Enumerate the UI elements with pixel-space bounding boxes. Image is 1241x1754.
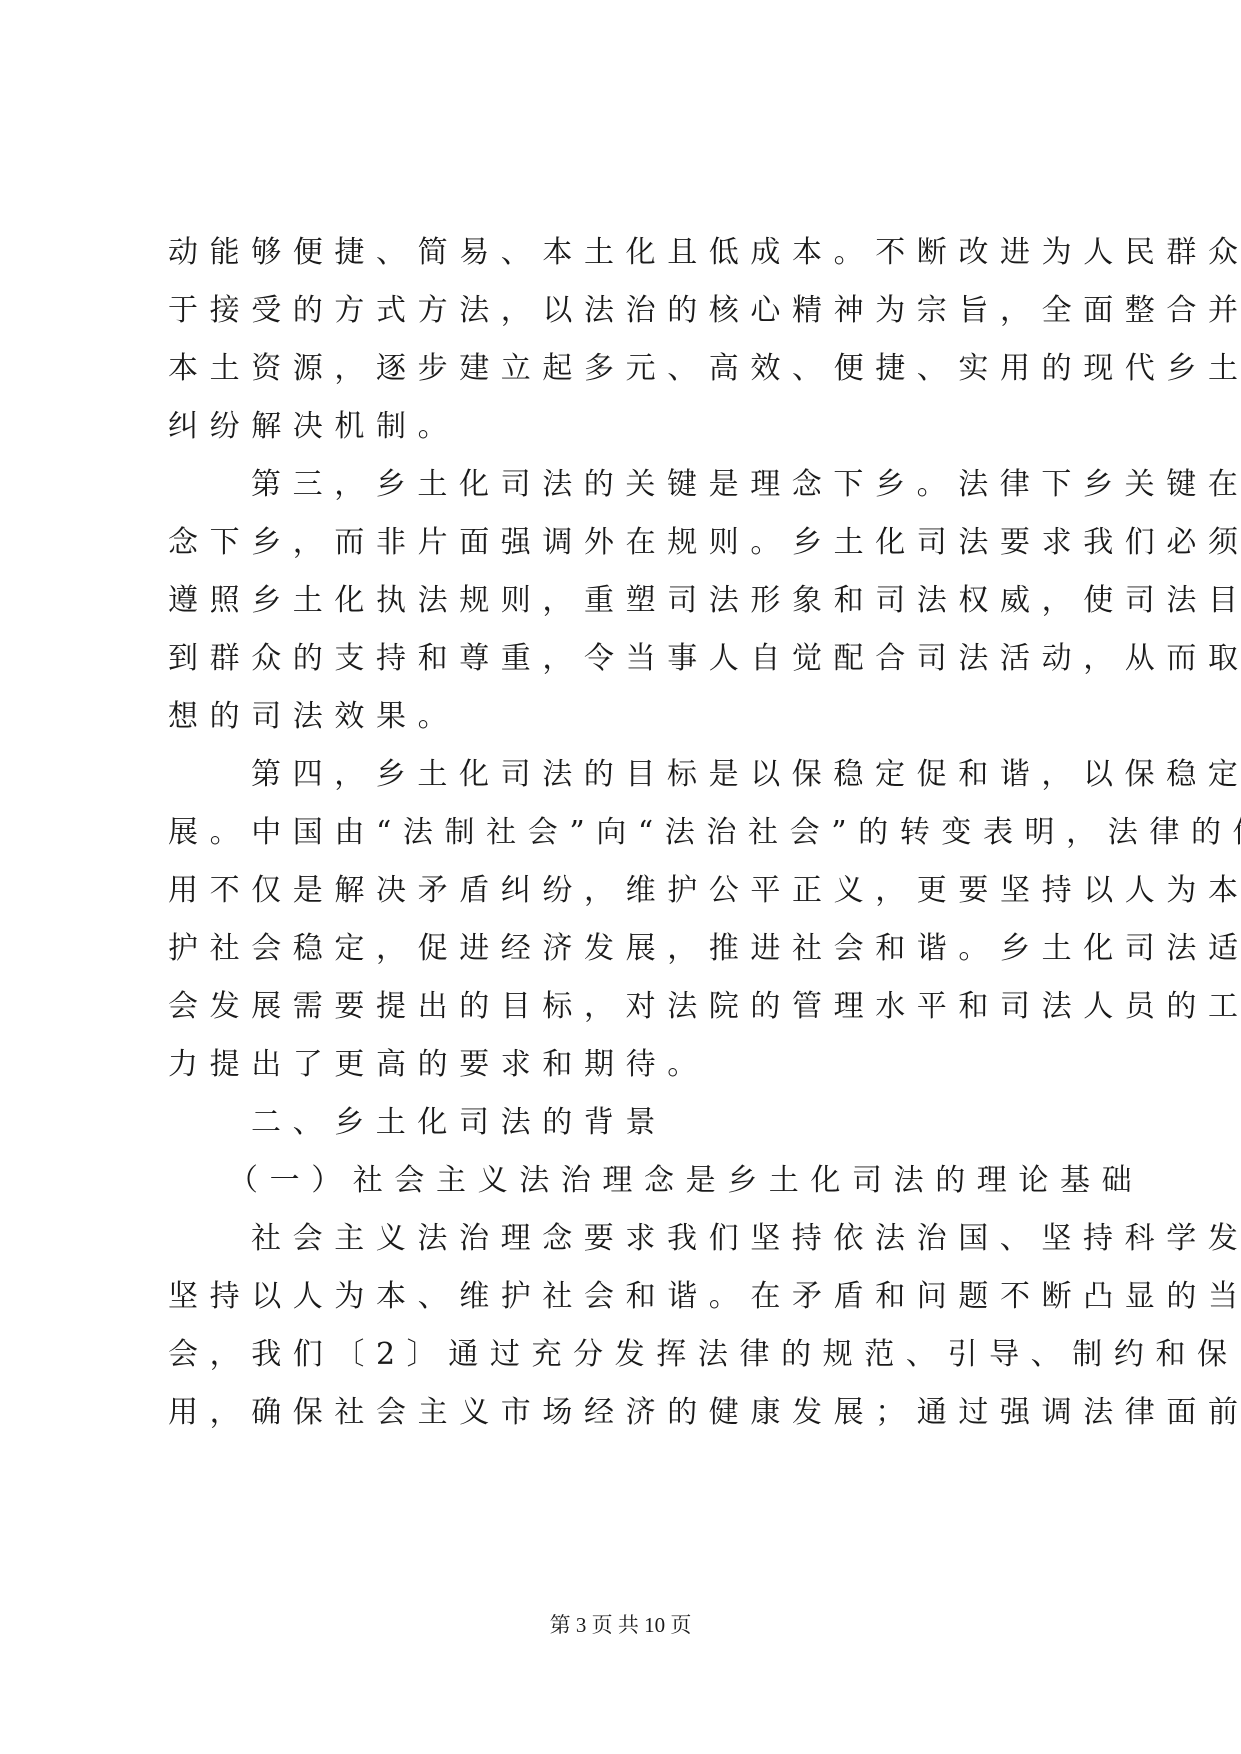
- paragraph-fourth-start: 第四，乡土化司法的目标是以保稳定促和谐，以保稳定促发: [168, 746, 1086, 804]
- body-line-14: 会发展需要提出的目标，对法院的管理水平和司法人员的工作能: [168, 978, 1086, 1036]
- body-line-21: 用，确保社会主义市场经济的健康发展；通过强调法律面前人人: [168, 1384, 1086, 1442]
- body-line-9: 想的司法效果。: [168, 688, 1086, 746]
- body-line-12: 用不仅是解决矛盾纠纷，维护公平正义，更要坚持以人为本，维: [168, 862, 1086, 920]
- section-heading-2: 二、乡土化司法的背景: [168, 1094, 1086, 1152]
- body-line-13: 护社会稳定，促进经济发展，推进社会和谐。乡土化司法适应社: [168, 920, 1086, 978]
- body-line-11: 展。中国由“法制社会”向“法治社会”的转变表明，法律的作: [168, 804, 1086, 862]
- page-number-footer: 第 3 页 共 10 页: [0, 1610, 1241, 1640]
- body-line-4: 纠纷解决机制。: [168, 398, 1086, 456]
- body-line-15: 力提出了更高的要求和期待。: [168, 1036, 1086, 1094]
- document-page: 动能够便捷、简易、本土化且低成本。不断改进为人民群众所乐 于接受的方式方法，以法…: [0, 0, 1241, 1754]
- body-line-2: 于接受的方式方法，以法治的核心精神为宗旨，全面整合并调动: [168, 282, 1086, 340]
- paragraph-third-start: 第三，乡土化司法的关键是理念下乡。法律下乡关键在于理: [168, 456, 1086, 514]
- body-line-7: 遵照乡土化执法规则，重塑司法形象和司法权威，使司法目标得: [168, 572, 1086, 630]
- body-line-19: 坚持以人为本、维护社会和谐。在矛盾和问题不断凸显的当今社: [168, 1268, 1086, 1326]
- body-line-3: 本土资源，逐步建立起多元、高效、便捷、实用的现代乡土社会: [168, 340, 1086, 398]
- body-line-1: 动能够便捷、简易、本土化且低成本。不断改进为人民群众所乐: [168, 224, 1086, 282]
- subsection-heading-1: （一）社会主义法治理念是乡土化司法的理论基础: [168, 1152, 1086, 1210]
- body-line-20: 会，我们〔2〕通过充分发挥法律的规范、引导、制约和保障作: [168, 1326, 1086, 1384]
- document-body: 动能够便捷、简易、本土化且低成本。不断改进为人民群众所乐 于接受的方式方法，以法…: [168, 224, 1086, 1442]
- body-line-6: 念下乡，而非片面强调外在规则。乡土化司法要求我们必须严格: [168, 514, 1086, 572]
- paragraph-socialist-rule-start: 社会主义法治理念要求我们坚持依法治国、坚持科学发展、: [168, 1210, 1086, 1268]
- body-line-8: 到群众的支持和尊重，令当事人自觉配合司法活动，从而取得理: [168, 630, 1086, 688]
